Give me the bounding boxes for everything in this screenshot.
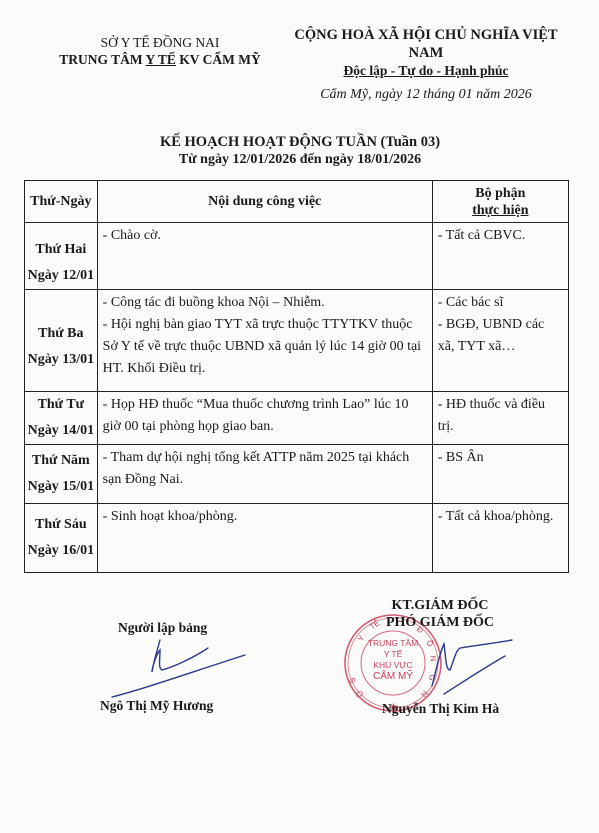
approver-role1: KT.GIÁM ĐỐC — [360, 597, 520, 614]
national-header: CỘNG HOÀ XÃ HỘI CHỦ NGHĨA VIỆT NAM Độc l… — [276, 26, 576, 104]
day-cell: Thứ Hai Ngày 12/01 — [25, 223, 98, 290]
table-row: Thứ Tư Ngày 14/01 - Họp HĐ thuốc “Mua th… — [25, 392, 569, 445]
content-cell: - Họp HĐ thuốc “Mua thuốc chương trình L… — [97, 392, 432, 445]
header-dept-line2: thực hiện — [437, 202, 564, 219]
content-line: - Chào cờ. — [103, 225, 427, 246]
dept-line: - HĐ thuốc và điều trị. — [438, 394, 563, 438]
day-cell: Thứ Ba Ngày 13/01 — [25, 290, 98, 392]
approver-signature-block: KT.GIÁM ĐỐC PHÓ GIÁM ĐỐC Nguyễn Thị Kim … — [360, 597, 520, 631]
place-date: Cẩm Mỹ, ngày 12 tháng 01 năm 2026 — [276, 86, 576, 104]
weekday: Thứ Năm — [27, 448, 95, 474]
dept-cell: - Tất cả khoa/phòng. — [432, 504, 568, 573]
day-cell: Thứ Sáu Ngày 16/01 — [25, 504, 98, 573]
dept-line: - Tất cả khoa/phòng. — [438, 506, 563, 527]
content-cell: - Tham dự hội nghị tổng kết ATTP năm 202… — [97, 445, 432, 504]
plan-title: KẾ HOẠCH HOẠT ĐỘNG TUẦN (Tuần 03) — [100, 134, 500, 151]
content-line: - Họp HĐ thuốc “Mua thuốc chương trình L… — [103, 394, 427, 438]
stamp-text: TRUNG TÂM Y TẾ KHU VỰC CẨM MỸ — [360, 638, 426, 682]
date: Ngày 14/01 — [27, 418, 95, 444]
weekday: Thứ Ba — [27, 321, 95, 347]
weekly-plan-table: Thứ-Ngày Nội dung công việc Bộ phận thực… — [24, 180, 569, 573]
svg-text:G: G — [427, 674, 437, 682]
day-cell: Thứ Năm Ngày 15/01 — [25, 445, 98, 504]
dept-cell: - BS Ân — [432, 445, 568, 504]
content-line: - Hội nghị bàn giao TYT xã trực thuộc TT… — [103, 314, 427, 380]
date: Ngày 12/01 — [27, 263, 95, 289]
content-line: - Tham dự hội nghị tổng kết ATTP năm 202… — [103, 447, 427, 491]
dept-line: - Tất cả CBVC. — [438, 225, 563, 246]
header-dept-line1: Bộ phận — [437, 185, 564, 202]
header-dept: Bộ phận thực hiện — [432, 181, 568, 223]
unit-name: TRUNG TÂM Y TẾ KV CẨM MỸ — [40, 51, 280, 68]
svg-text:S: S — [347, 676, 357, 685]
preparer-name: Ngô Thị Mỹ Hương — [100, 698, 213, 714]
approver-name: Nguyễn Thị Kim Hà — [382, 700, 499, 717]
date: Ngày 15/01 — [27, 474, 95, 500]
svg-text:N: N — [419, 689, 430, 699]
content-cell: - Sinh hoạt khoa/phòng. — [97, 504, 432, 573]
content-line: - Sinh hoạt khoa/phòng. — [103, 506, 427, 527]
table-row: Thứ Hai Ngày 12/01 - Chào cờ. - Tất cả C… — [25, 223, 569, 290]
table-row: Thứ Sáu Ngày 16/01 - Sinh hoạt khoa/phòn… — [25, 504, 569, 573]
date: Ngày 13/01 — [27, 347, 95, 373]
weekday: Thứ Sáu — [27, 512, 95, 538]
stamp-line3: KHU VỰC — [360, 660, 426, 671]
stamp-line4: CẨM MỸ — [360, 671, 426, 682]
issuing-agency: SỞ Y TẾ ĐỒNG NAI TRUNG TÂM Y TẾ KV CẨM M… — [40, 34, 280, 68]
header-day: Thứ-Ngày — [25, 181, 98, 223]
dept-cell: - HĐ thuốc và điều trị. — [432, 392, 568, 445]
preparer-signature-icon — [112, 640, 245, 697]
dept-line: - Các bác sĩ — [438, 292, 563, 314]
unit-underlined: Y TẾ — [146, 52, 176, 67]
header-content: Nội dung công việc — [97, 181, 432, 223]
unit-prefix: TRUNG TÂM — [59, 52, 145, 67]
weekday: Thứ Hai — [27, 237, 95, 263]
stamp-line1: TRUNG TÂM — [360, 638, 426, 649]
date: Ngày 16/01 — [27, 538, 95, 564]
stamp-line2: Y TẾ — [360, 649, 426, 660]
weekday: Thứ Tư — [27, 392, 95, 418]
content-cell: - Chào cờ. — [97, 223, 432, 290]
approver-signature-icon — [432, 640, 512, 694]
motto: Độc lập - Tự do - Hạnh phúc — [276, 62, 576, 80]
table-row: Thứ Năm Ngày 15/01 - Tham dự hội nghị tổ… — [25, 445, 569, 504]
date-range: Từ ngày 12/01/2026 đến ngày 18/01/2026 — [100, 151, 500, 168]
dept-line: - BGĐ, UBND các xã, TYT xã… — [438, 314, 563, 358]
dept-line: - BS Ân — [438, 447, 563, 468]
content-line: - Công tác đi buồng khoa Nội – Nhiễm. — [103, 292, 427, 314]
svg-text:N: N — [428, 655, 438, 662]
unit-suffix: KV CẨM MỸ — [176, 52, 261, 67]
table-row: Thứ Ba Ngày 13/01 - Công tác đi buồng kh… — [25, 290, 569, 392]
nation-title: CỘNG HOÀ XÃ HỘI CHỦ NGHĨA VIỆT NAM — [276, 26, 576, 62]
document-title: KẾ HOẠCH HOẠT ĐỘNG TUẦN (Tuần 03) Từ ngà… — [100, 134, 500, 168]
table-header-row: Thứ-Ngày Nội dung công việc Bộ phận thực… — [25, 181, 569, 223]
approver-role2: PHÓ GIÁM ĐỐC — [360, 614, 520, 631]
preparer-role: Người lập bảng — [118, 620, 207, 636]
agency-name: SỞ Y TẾ ĐỒNG NAI — [40, 34, 280, 51]
day-cell: Thứ Tư Ngày 14/01 — [25, 392, 98, 445]
dept-cell: - Tất cả CBVC. — [432, 223, 568, 290]
dept-cell: - Các bác sĩ - BGĐ, UBND các xã, TYT xã… — [432, 290, 568, 392]
content-cell: - Công tác đi buồng khoa Nội – Nhiễm. - … — [97, 290, 432, 392]
